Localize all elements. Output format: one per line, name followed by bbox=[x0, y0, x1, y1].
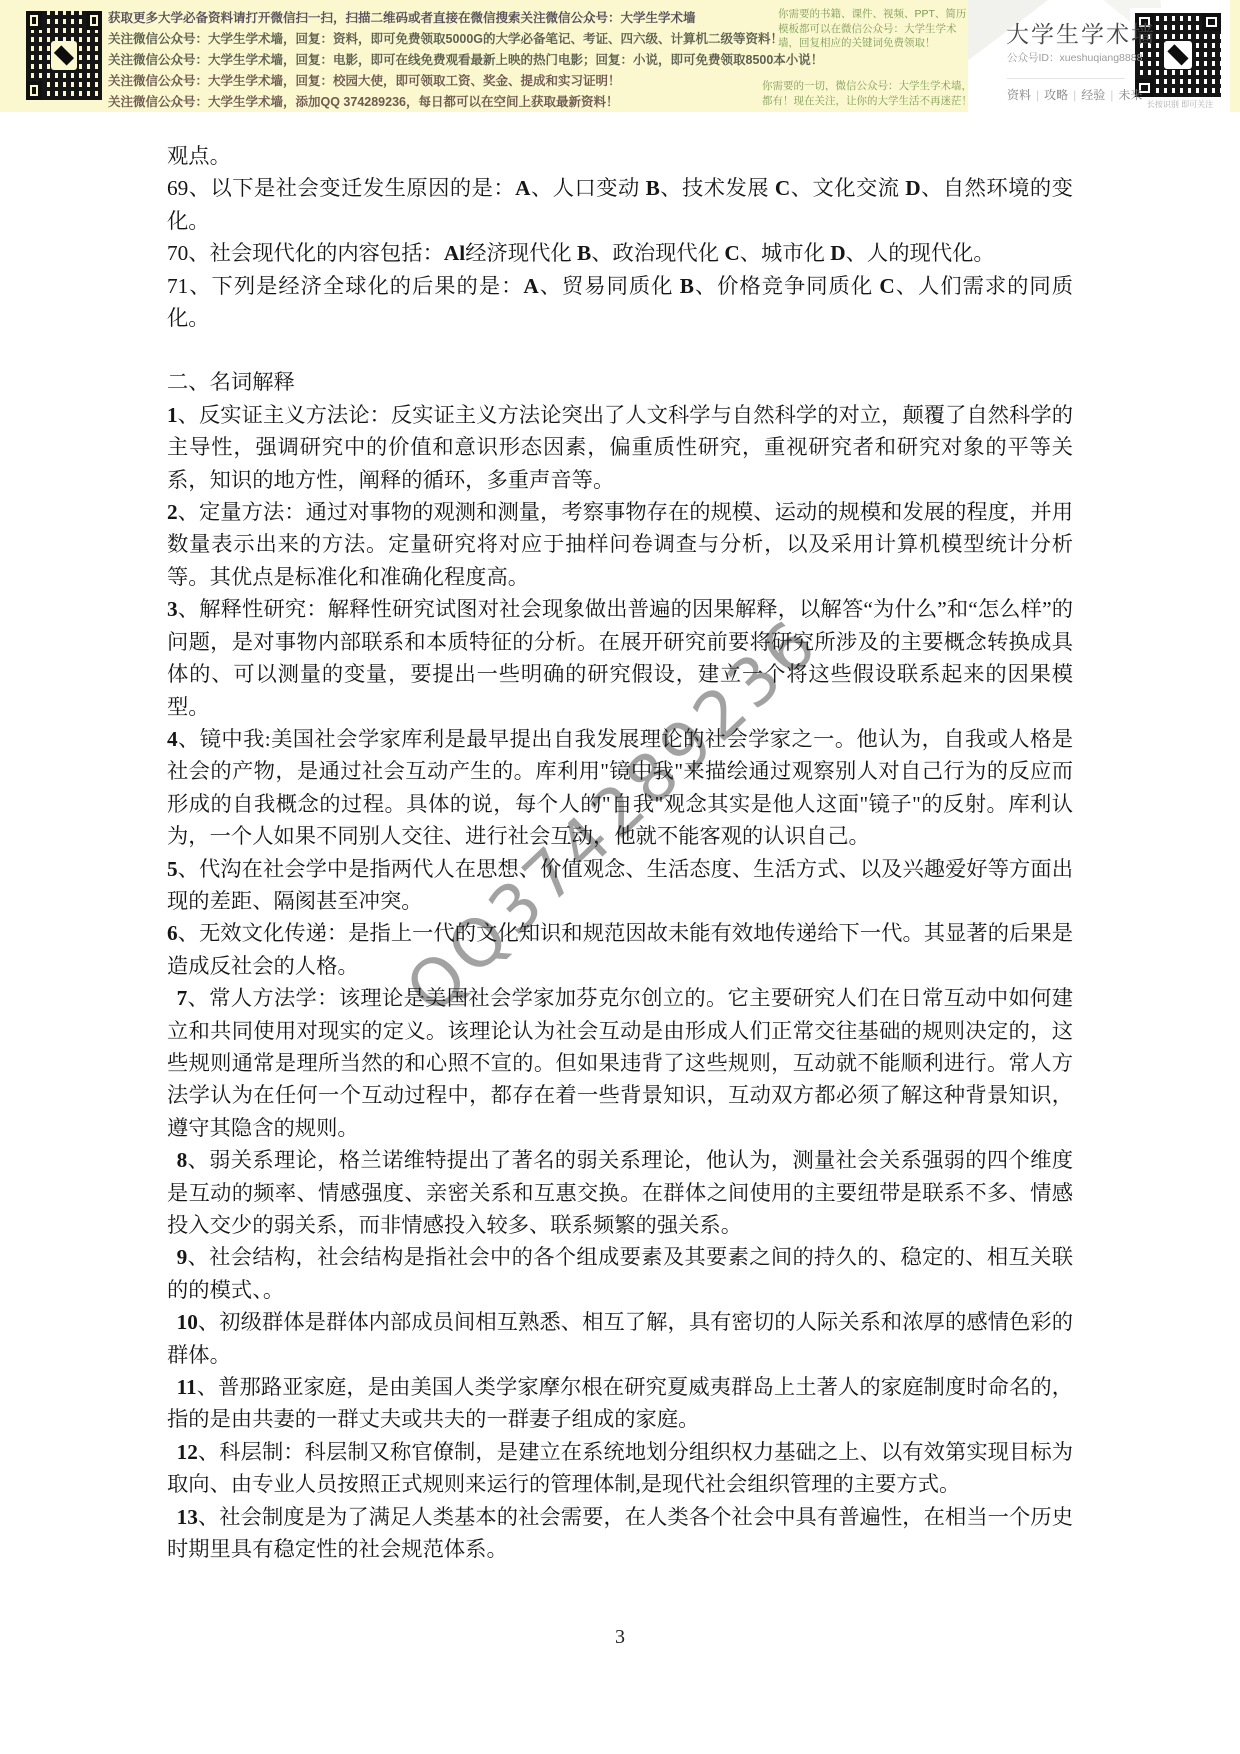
promo-middle-column: 你需要的书籍、课件、视频、PPT、简历模板都可以在微信公众号：大学生学术墙，回复… bbox=[762, 0, 970, 112]
paragraph: 5、代沟在社会学中是指两代人在思想、价值观念、生活态度、生活方式、以及兴趣爱好等… bbox=[167, 853, 1073, 918]
bold-text-run: D bbox=[830, 241, 845, 265]
promo-middle-bottom-text: 你需要的一切，微信公众号：大学生学术墙，都有！现在关注，让你的大学生活不再迷茫！ bbox=[762, 79, 977, 108]
paragraph: 8、弱关系理论，格兰诺维特提出了著名的弱关系理论，他认为，测量社会关系强弱的四个… bbox=[167, 1144, 1073, 1241]
text-run: 、贸易同质化 bbox=[539, 274, 680, 298]
text-run: 、初级群体是群体内部成员间相互熟悉、相互了解，具有密切的人际关系和浓厚的感情色彩… bbox=[167, 1310, 1073, 1366]
text-run: 、价格竞争同质化 bbox=[694, 274, 879, 298]
account-id: 公众号ID：xueshuqiang8888 bbox=[1007, 50, 1142, 65]
qr-finder-icon bbox=[26, 81, 43, 101]
keyword-2: 攻略 bbox=[1044, 88, 1068, 102]
text-run: 、解释性研究：解释性研究试图对社会现象做出普遍的因果解释，以解答“为什么”和“怎… bbox=[167, 597, 1073, 718]
qr-caption: 长按识别 即可关注 bbox=[1134, 99, 1226, 110]
graduation-cap-icon bbox=[1164, 41, 1193, 69]
keyword-1: 资料 bbox=[1007, 88, 1031, 102]
paragraph: 6、无效文化传递：是指上一代的文化知识和规范因故未能有效地传递给下一代。其显著的… bbox=[167, 917, 1073, 982]
paragraph: 4、镜中我:美国社会学家库利是最早提出自我发展理论的社会学家之一。他认为，自我或… bbox=[167, 723, 1073, 853]
text-run: 、人的现代化。 bbox=[846, 241, 995, 265]
paragraph: 71、下列是经济全球化的后果的是：A、贸易同质化 B、价格竞争同质化 C、人们需… bbox=[167, 270, 1073, 335]
paragraph: 70、社会现代化的内容包括：Al经济现代化 B、政治现代化 C、城市化 D、人的… bbox=[167, 237, 1073, 269]
bold-text-run: A bbox=[523, 274, 538, 298]
promo-middle-top-text: 你需要的书籍、课件、视频、PPT、简历模板都可以在微信公众号：大学生学术墙，回复… bbox=[778, 7, 970, 51]
paragraph: 10、初级群体是群体内部成员间相互熟悉、相互了解，具有密切的人际关系和浓厚的感情… bbox=[167, 1306, 1073, 1371]
bold-text-run: 11 bbox=[177, 1375, 197, 1399]
promo-line: 获取更多大学必备资料请打开微信扫一扫，扫描二维码或者直接在微信搜索关注微信公众号… bbox=[108, 8, 698, 29]
account-name: 大学生学术墙 bbox=[1006, 16, 1156, 49]
separator: | bbox=[1036, 88, 1039, 102]
promo-line: 关注微信公众号：大学生学术墙，回复：资料，即可免费领取5000G的大学必备笔记、… bbox=[108, 29, 698, 50]
text-run: 、常人方法学：该理论是美国社会学家加芬克尔创立的。它主要研究人们在日常互动中如何… bbox=[167, 986, 1073, 1140]
paragraph: 二、名词解释 bbox=[167, 366, 1073, 398]
text-run: 、弱关系理论，格兰诺维特提出了著名的弱关系理论，他认为，测量社会关系强弱的四个维… bbox=[167, 1148, 1073, 1237]
text-run: 、普那路亚家庭，是由美国人类学家摩尔根在研究夏威夷群岛上土著人的家庭制度时命名的… bbox=[167, 1375, 1073, 1431]
paragraph: 9、社会结构，社会结构是指社会中的各个组成要素及其要素之间的持久的、稳定的、相互… bbox=[167, 1241, 1073, 1306]
paragraph: 12、科层制：科层制又称官僚制，是建立在系统地划分组织权力基础之上、以有效第实现… bbox=[167, 1436, 1073, 1501]
bold-text-run: 6 bbox=[167, 921, 178, 945]
bold-text-run: D bbox=[905, 176, 920, 200]
bold-text-run: C bbox=[879, 274, 894, 298]
bold-text-run: 12 bbox=[177, 1440, 198, 1464]
bold-text-run: B bbox=[646, 176, 660, 200]
bold-text-run: B bbox=[680, 274, 694, 298]
text-run: 、人口变动 bbox=[531, 176, 646, 200]
bold-text-run: 13 bbox=[177, 1505, 198, 1529]
paragraph: 2、定量方法：通过对事物的观测和测量，考察事物存在的规模、运动的规模和发展的程度… bbox=[167, 496, 1073, 593]
text-run: 、政治现代化 bbox=[591, 241, 724, 265]
page-number: 3 bbox=[0, 1626, 1240, 1649]
text-run: 二、名词解释 bbox=[167, 370, 295, 394]
bold-text-run: C bbox=[724, 241, 739, 265]
paragraph: 13、社会制度是为了满足人类基本的社会需要，在人类各个社会中具有普遍性，在相当一… bbox=[167, 1501, 1073, 1566]
text-run: 、定量方法：通过对事物的观测和测量，考察事物存在的规模、运动的规模和发展的程度，… bbox=[167, 500, 1073, 589]
text-run: 71、下列是经济全球化的后果的是： bbox=[167, 274, 523, 298]
bold-text-run: Al bbox=[444, 241, 465, 265]
keyword-3: 经验 bbox=[1081, 88, 1105, 102]
bold-text-run: 1 bbox=[167, 403, 178, 427]
promo-line: 关注微信公众号：大学生学术墙，回复：电影，即可在线免费观看最新上映的热门电影；回… bbox=[108, 50, 698, 71]
bold-text-run: C bbox=[775, 176, 790, 200]
separator: | bbox=[1110, 88, 1113, 102]
paragraph: 11、普那路亚家庭，是由美国人类学家摩尔根在研究夏威夷群岛上土著人的家庭制度时命… bbox=[167, 1371, 1073, 1436]
bold-text-run: 5 bbox=[167, 857, 178, 881]
promo-banner: 获取更多大学必备资料请打开微信扫一扫，扫描二维码或者直接在微信搜索关注微信公众号… bbox=[0, 0, 1240, 112]
text-run: 70、社会现代化的内容包括： bbox=[167, 241, 444, 265]
qr-finder-icon bbox=[86, 11, 103, 31]
promo-line: 关注微信公众号：大学生学术墙，回复：校园大使，即可领取工资、奖金、提成和实习证明… bbox=[108, 71, 698, 92]
text-run: 、文化交流 bbox=[790, 176, 905, 200]
bold-text-run: 9 bbox=[177, 1245, 188, 1269]
text-run: 、反实证主义方法论：反实证主义方法论突出了人文科学与自然科学的对立，颠覆了自然科… bbox=[167, 403, 1073, 492]
paragraph: 1、反实证主义方法论：反实证主义方法论突出了人文科学与自然科学的对立，颠覆了自然… bbox=[167, 399, 1073, 496]
text-run: 观点。 bbox=[167, 144, 231, 168]
text-run: 、镜中我:美国社会学家库利是最早提出自我发展理论的社会学家之一。他认为，自我或人… bbox=[167, 727, 1073, 848]
text-run: 经济现代化 bbox=[465, 241, 577, 265]
document-body: 观点。69、以下是社会变迁发生原因的是：A、人口变动 B、技术发展 C、文化交流… bbox=[167, 140, 1073, 1565]
blank-line bbox=[167, 334, 1073, 366]
text-run: 、无效文化传递：是指上一代的文化知识和规范因故未能有效地传递给下一代。其显著的后… bbox=[167, 921, 1073, 977]
promo-line: 关注微信公众号：大学生学术墙，添加QQ 374289236，每日都可以在空间上获… bbox=[108, 92, 698, 113]
text-run: 、城市化 bbox=[740, 241, 831, 265]
text-run: 、社会结构，社会结构是指社会中的各个组成要素及其要素之间的持久的、稳定的、相互关… bbox=[167, 1245, 1073, 1301]
text-run: 、社会制度是为了满足人类基本的社会需要，在人类各个社会中具有普遍性，在相当一个历… bbox=[167, 1505, 1073, 1561]
paragraph: 7、常人方法学：该理论是美国社会学家加芬克尔创立的。它主要研究人们在日常互动中如… bbox=[167, 982, 1073, 1144]
bold-text-run: 10 bbox=[177, 1310, 198, 1334]
qr-finder-icon bbox=[26, 11, 43, 31]
bold-text-run: 2 bbox=[167, 500, 178, 524]
paragraph: 3、解释性研究：解释性研究试图对社会现象做出普遍的因果解释，以解答“为什么”和“… bbox=[167, 593, 1073, 723]
bold-text-run: 8 bbox=[177, 1148, 188, 1172]
graduation-cap-icon bbox=[51, 41, 77, 71]
bold-text-run: 3 bbox=[167, 597, 178, 621]
bold-text-run: 7 bbox=[177, 986, 188, 1010]
qr-finder-icon bbox=[1202, 13, 1221, 31]
text-run: 、代沟在社会学中是指两代人在思想、价值观念、生活态度、生活方式、以及兴趣爱好等方… bbox=[167, 857, 1073, 913]
paragraph: 观点。 bbox=[167, 140, 1073, 172]
bold-text-run: B bbox=[577, 241, 591, 265]
bold-text-run: A bbox=[515, 176, 530, 200]
wechat-qr-code-icon bbox=[24, 9, 104, 102]
text-run: 69、以下是社会变迁发生原因的是： bbox=[167, 176, 515, 200]
account-keywords: 资料|攻略|经验|未来 bbox=[1007, 78, 1125, 103]
bold-text-run: 4 bbox=[167, 727, 178, 751]
text-run: 、技术发展 bbox=[660, 176, 775, 200]
separator: | bbox=[1073, 88, 1076, 102]
paragraph: 69、以下是社会变迁发生原因的是：A、人口变动 B、技术发展 C、文化交流 D、… bbox=[167, 172, 1073, 237]
text-run: 、科层制：科层制又称官僚制，是建立在系统地划分组织权力基础之上、以有效第实现目标… bbox=[167, 1440, 1073, 1496]
promo-text-lines: 获取更多大学必备资料请打开微信扫一扫，扫描二维码或者直接在微信搜索关注微信公众号… bbox=[108, 8, 698, 113]
